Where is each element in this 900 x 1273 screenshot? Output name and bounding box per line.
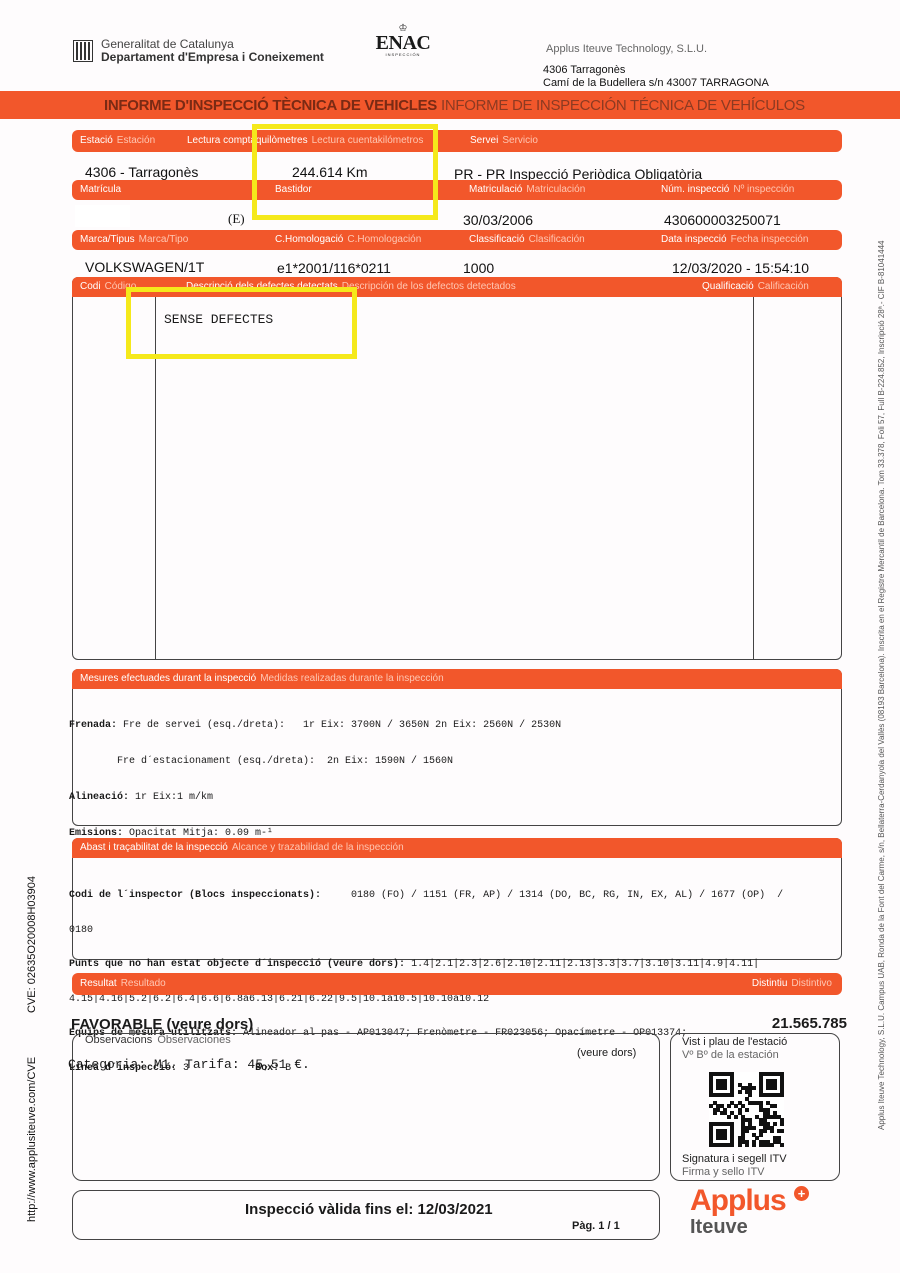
label-scope: Abast i traçabilitat de la inspecció — [80, 842, 228, 853]
label-station: Estació — [80, 135, 113, 146]
applus-logo: Applus + Iteuve — [690, 1186, 786, 1238]
row1-label-bar: EstacióEstación Lectura comptaquilòmetre… — [72, 130, 842, 152]
cve-url: http://www.applusiteuve.com/CVE — [26, 1057, 38, 1222]
classification-value: 1000 — [463, 260, 494, 276]
highlight-odometer — [252, 124, 438, 220]
inspection-number-value: 430600003250071 — [664, 212, 781, 228]
gencat-line2: Departament d'Empresa i Coneixement — [101, 51, 324, 64]
signature-line2: Firma y sello ITV — [682, 1166, 787, 1179]
highlight-defects — [126, 287, 357, 359]
label-inspection-date-es: Fecha inspección — [731, 234, 809, 245]
label-badge-es: Distintivo — [791, 978, 832, 989]
redacted-plate — [75, 205, 130, 227]
observations-text: Categoria: M1. Tarifa: 45,51 €. — [68, 1057, 310, 1072]
stamp-line2: Vº Bº de la estación — [682, 1049, 787, 1062]
result-value: FAVORABLE (veure dors) — [71, 1016, 253, 1033]
enac-logo: ♔ ENAC INSPECCIÓN — [372, 24, 434, 57]
signature-line1: Signatura i segell ITV — [682, 1153, 787, 1166]
measure-key: Frenada: — [69, 720, 117, 731]
label-homologation: C.Homologació — [275, 234, 343, 245]
observations-box — [72, 1033, 660, 1181]
measure-key: Alineació: — [69, 792, 129, 803]
stamp-header: Vist i plau de l'estació Vº Bº de la est… — [682, 1036, 787, 1062]
label-rating-es: Calificación — [758, 281, 809, 292]
measure-line: Alineació: 1r Eix:1 m/km — [69, 792, 561, 804]
measure-text: 1r Eix:1 m/km — [129, 792, 213, 803]
station-line: 4306 Tarragonès — [543, 64, 769, 77]
inspection-date-value: 12/03/2020 - 15:54:10 — [672, 260, 809, 276]
label-inspection-number-es: Nº inspección — [733, 184, 794, 195]
points-value: 1.4|2.1|2.3|2.6|2.10|2.11|2.13|3.3|3.7|3… — [405, 959, 759, 970]
station-address: 4306 Tarragonès Camí de la Budellera s/n… — [543, 64, 769, 90]
label-make-es: Marca/Tipo — [139, 234, 189, 245]
row2-label-bar: Matrícula Bastidor MatriculacióMatricula… — [72, 180, 842, 200]
measures-label-bar: Mesures efectuades durant la inspeccióMe… — [72, 669, 842, 689]
measure-line: Fre d´estacionament (esq./dreta): 2n Eix… — [69, 756, 561, 768]
legal-side-text: Applus Iteuve Technology, S.L.U. Campus … — [877, 241, 886, 1131]
see-back-note: (veure dors) — [577, 1047, 636, 1059]
qr-code-icon — [709, 1072, 784, 1147]
label-badge: Distintiu — [752, 978, 788, 989]
report-title-bar: INFORME D'INSPECCIÓ TÈCNICA DE VEHICLESI… — [0, 91, 900, 119]
label-make: Marca/Tipus — [80, 234, 135, 245]
inspector-value: 0180 (FO) / 1151 (FR, AP) / 1314 (DO, BC… — [321, 890, 783, 901]
badge-number: 21.565.785 — [772, 1015, 847, 1032]
applus-sub: Iteuve — [690, 1216, 786, 1238]
label-plate: Matrícula — [80, 184, 121, 195]
label-inspection-number: Núm. inspecció — [661, 184, 729, 195]
label-result-es: Resultado — [121, 978, 166, 989]
inspector-key: Codi de l´inspector (Blocs inspeccionats… — [69, 890, 321, 901]
label-registration: Matriculació — [469, 184, 522, 195]
label-observations: Observacions — [85, 1034, 152, 1046]
points-key: Punts que no han estat objecte d´inspecc… — [69, 959, 405, 970]
inspector-value-cont: 0180 — [69, 925, 783, 937]
label-classification: Classificació — [469, 234, 525, 245]
gencat-logo-block: Generalitat de Catalunya Departament d'E… — [73, 38, 324, 64]
station-value: 4306 - Tarragonès — [85, 164, 198, 180]
page-number: Pàg. 1 / 1 — [572, 1220, 620, 1232]
label-service: Servei — [470, 135, 498, 146]
points-value-cont: 4.15|4.16|5.2|6.2|6.4|6.6|6.8a6.13|6.21|… — [69, 994, 783, 1006]
label-scope-es: Alcance y trazabilidad de la inspección — [232, 842, 404, 853]
label-description-es: Descripción de los defectos detectados — [342, 281, 516, 292]
plus-circle-icon: + — [794, 1186, 809, 1201]
label-rating: Qualificació — [702, 281, 754, 292]
measure-text: Fre d´estacionament (esq./dreta): 2n Eix… — [69, 756, 453, 767]
label-inspection-date: Data inspecció — [661, 234, 727, 245]
make-type-value: VOLKSWAGEN/1T — [85, 259, 204, 275]
label-classification-es: Clasificación — [529, 234, 585, 245]
rating-column-divider — [753, 297, 754, 660]
stamp-line1: Vist i plau de l'estació — [682, 1036, 787, 1049]
plate-suffix: (E) — [228, 211, 245, 227]
gencat-emblem-icon — [73, 40, 93, 62]
label-result: Resultat — [80, 978, 117, 989]
address-line: Camí de la Budellera s/n 43007 TARRAGONA — [543, 77, 769, 90]
scope-label-bar: Abast i traçabilitat de la inspeccióAlca… — [72, 838, 842, 858]
company-name: Applus Iteuve Technology, S.L.U. — [546, 43, 707, 55]
observations-label: Observacions Observaciones — [85, 1034, 231, 1046]
label-service-es: Servicio — [502, 135, 538, 146]
cve-code: CVE: 02635O20008H03904 — [26, 876, 38, 1013]
registration-date-value: 30/03/2006 — [463, 212, 533, 228]
signature-label: Signatura i segell ITV Firma y sello ITV — [682, 1153, 787, 1179]
measures-list: Frenada: Fre de servei (esq./dreta): 1r … — [69, 696, 561, 852]
title-ca: INFORME D'INSPECCIÓ TÈCNICA DE VEHICLES — [104, 97, 437, 114]
validity-text: Inspecció vàlida fins el: 12/03/2021 — [245, 1201, 493, 1218]
row3-label-bar: Marca/TipusMarca/Tipo C.HomologacióC.Hom… — [72, 230, 842, 250]
result-label-bar: ResultatResultado DistintiuDistintivo — [72, 973, 842, 995]
applus-brand: Applus — [690, 1186, 786, 1216]
homologation-value: e1*2001/116*0211 — [277, 260, 391, 276]
label-station-es: Estación — [117, 135, 155, 146]
title-es: INFORME DE INSPECCIÓN TÉCNICA DE VEHÍCUL… — [441, 97, 805, 114]
measure-text: Fre de servei (esq./dreta): 1r Eix: 3700… — [117, 720, 561, 731]
label-code: Codi — [80, 281, 101, 292]
label-homologation-es: C.Homologación — [347, 234, 421, 245]
label-observations-es: Observaciones — [157, 1034, 230, 1046]
label-measures-es: Medidas realizadas durante la inspección — [260, 673, 443, 684]
measure-line: Frenada: Fre de servei (esq./dreta): 1r … — [69, 720, 561, 732]
enac-name: ENAC — [372, 34, 434, 52]
label-measures: Mesures efectuades durant la inspecció — [80, 673, 256, 684]
label-registration-es: Matriculación — [526, 184, 585, 195]
